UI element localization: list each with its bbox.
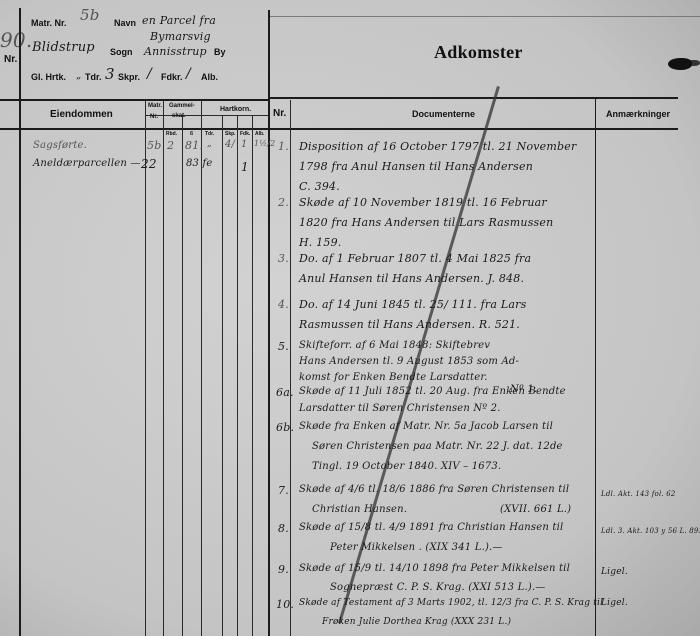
matr-nr-value: 5b: [80, 6, 100, 24]
col-header-documenterne: Documenterne: [412, 109, 475, 119]
tdr-value: 3: [105, 65, 115, 83]
header-divider: [268, 10, 270, 636]
remark: Ldl. 3. Akt. 103 y 56 L. 893.: [601, 527, 700, 535]
col-header-anmaerkninger: Anmærkninger: [606, 109, 670, 119]
col-line-fdk: [237, 115, 238, 636]
property-fdk: 1: [241, 139, 248, 150]
fdkr-label: Fdkr.: [161, 72, 183, 82]
by-label: By: [214, 47, 226, 57]
document-nr: 10.: [276, 598, 294, 611]
fdkr-value: /: [186, 66, 191, 82]
col-line-nr: [290, 100, 291, 636]
document-line: Søren Christensen paa Matr. Nr. 22 J. da…: [312, 441, 563, 452]
property-skp: 4/: [225, 139, 235, 150]
col-header-eiendommen: Eiendommen: [50, 109, 113, 120]
document-line: Skifteforr. af 6 Mai 1848: Skiftebrev: [299, 340, 490, 351]
property-sk: 83 fe: [186, 158, 213, 169]
top-faint-rule: [270, 16, 700, 17]
document-line: Frøken Julie Dorthea Krag (XXX 231 L.): [322, 617, 511, 627]
section-title: Adkomster: [434, 42, 523, 63]
document-line: Do. af 14 Juni 1845 tl. 25/ 111. fra Lar…: [299, 298, 526, 311]
col-header-matr-1: Matr.: [148, 103, 162, 109]
property-matr-nr: 22: [141, 157, 157, 171]
document-line: Disposition af 16 October 1797 tl. 21 No…: [299, 140, 576, 153]
sub-header-rule: [145, 115, 268, 116]
right-header-top-rule: [270, 97, 678, 99]
tdr-label: Tdr.: [85, 72, 102, 82]
document-line: Skøde af 11 Juli 1852 tl. 20 Aug. fra En…: [299, 386, 566, 397]
document-line: komst for Enken Bendte Larsdatter.: [299, 372, 488, 383]
document-nr: 6b.: [276, 421, 294, 434]
gl-hrtk-value: „: [76, 70, 81, 81]
sogn-label: Sogn: [110, 47, 133, 57]
col-line-hartkorn: [201, 100, 202, 636]
document-nr: 2.: [278, 196, 289, 209]
col-line-matr: [145, 100, 146, 636]
property-fdk: 1: [241, 160, 249, 174]
document-line: Tingl. 19 October 1840. XIV – 1673.: [312, 461, 501, 472]
page-number: 90.: [0, 28, 32, 52]
document-line: Christian Hansen.: [312, 504, 407, 515]
property-rbd: 2: [167, 139, 174, 152]
document-line: Skøde af 4/6 tl. 18/6 1886 fra Søren Chr…: [299, 484, 569, 495]
document-nr: 7.: [278, 484, 289, 497]
document-line: Skøde fra Enken af Matr. Nr. 5a Jacob La…: [299, 421, 553, 432]
col-header-gammel-1: Gammel-: [169, 103, 195, 109]
register-page: 90. Nr. Matr. Nr. 5b Navn en Parcel fra …: [0, 0, 700, 636]
header-bottom-rule: [0, 128, 678, 130]
ink-blot-tail: [686, 60, 700, 66]
document-line: Skøde af 10 November 1819 tl. 16 Februar: [299, 196, 547, 209]
document-nr: 4.: [278, 298, 289, 311]
skpr-value: /: [147, 66, 152, 82]
col-header-alb: Alb.: [255, 131, 264, 137]
document-line: Larsdatter til Søren Christensen Nº 2.: [299, 403, 501, 414]
sogn-value: Blidstrup: [32, 40, 95, 55]
navn-label: Navn: [114, 18, 136, 28]
col-header-tdr: Tdr.: [205, 131, 214, 137]
col-header-hartkorn: Hartkorn.: [220, 106, 251, 113]
document-line: Skøde af 15/8 tl. 4/9 1891 fra Christian…: [299, 522, 563, 533]
document-line: C. 394.: [299, 180, 340, 193]
document-nr: 9.: [278, 563, 289, 576]
col-line-alb: [252, 115, 253, 636]
document-nr: 3.: [278, 252, 289, 265]
col-line-gammel-sub: [182, 115, 183, 636]
left-header-top-rule: [0, 99, 270, 101]
property-tdr: „: [207, 139, 212, 149]
remark: Ligel.: [601, 567, 628, 577]
document-line: Skøde af 15/9 tl. 14/10 1898 fra Peter M…: [299, 563, 570, 574]
document-line: Sognepræst C. P. S. Krag. (XXI 513 L.).—: [330, 582, 546, 593]
remark: Ldl. Akt. 143 fol. 62: [601, 490, 676, 498]
skpr-label: Skpr.: [118, 72, 140, 82]
document-line: Skøde af Testament af 3 Marts 1902, tl. …: [299, 598, 603, 608]
property-name: Aneldærparcellen —: [33, 158, 141, 169]
col-header-gammel-2: skat.: [172, 113, 186, 119]
document-line: Do. af 1 Februar 1807 tl. 4 Mai 1825 fra: [299, 252, 531, 265]
document-line: 1820 fra Hans Andersen til Lars Rasmusse…: [299, 216, 553, 229]
gl-hrtk-label: Gl. Hrtk.: [31, 72, 66, 82]
col-header-matr-2: Nr.: [150, 114, 158, 120]
col-line-gammel: [163, 100, 164, 636]
document-line: (XVII. 661 L.): [500, 504, 571, 515]
document-line: Anul Hansen til Hans Andersen. J. 848.: [299, 272, 524, 285]
navn-value: en Parcel fra: [142, 14, 216, 27]
col-header-fdk: Fdk.: [240, 131, 250, 137]
property-alb: 1½/2: [254, 139, 275, 148]
col-header-skp: Skp.: [225, 131, 236, 137]
property-sk: 81.: [185, 139, 203, 152]
document-line: Rasmussen til Hans Andersen. R. 521.: [299, 318, 520, 331]
document-line: Hans Andersen tl. 9 August 1853 som Ad-: [299, 356, 519, 367]
col-header-rbd: Rbd.: [166, 131, 177, 137]
document-line: H. 159.: [299, 236, 341, 249]
property-matr-nr: 5b: [147, 139, 161, 152]
col-header-nr: Nr.: [273, 108, 286, 119]
navn-value-2: Bymarsvig: [150, 30, 211, 43]
matr-nr-label: Matr. Nr.: [31, 18, 67, 28]
col-line-skp: [222, 115, 223, 636]
property-name: Sagsførte.: [33, 140, 87, 151]
document-line: 1798 fra Anul Hansen til Hans Andersen: [299, 160, 533, 173]
remark: Ligel.: [601, 598, 628, 608]
alb-label: Alb.: [201, 72, 218, 82]
document-nr: 1.: [278, 140, 289, 153]
document-nr: 5.: [278, 340, 289, 353]
col-header-sk: ß: [190, 131, 193, 137]
left-border: [19, 8, 21, 636]
document-nr: 6a.: [276, 386, 294, 399]
by-value: Annisstrup: [144, 45, 207, 58]
nr-label: Nr.: [4, 54, 17, 65]
document-line: Peter Mikkelsen . (XIX 341 L.).—: [330, 542, 503, 553]
document-nr: 8.: [278, 522, 289, 535]
col-line-anm: [595, 97, 596, 636]
